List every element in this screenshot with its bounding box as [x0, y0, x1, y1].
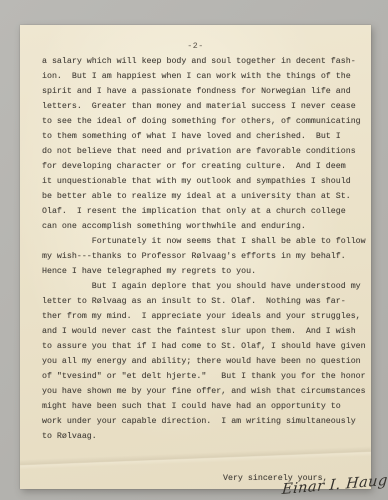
letter-line: ther from my mind. I appreciate your ide… [42, 309, 363, 324]
letter-line: my wish---thanks to Professor Rølvaag's … [42, 249, 363, 264]
scan-background: -2- a salary which will keep body and so… [0, 0, 388, 500]
letter-body: a salary which will keep body and soul t… [42, 54, 363, 444]
letter-line: to see the ideal of doing something for … [42, 114, 363, 129]
letter-line: Fortunately it now seems that I shall be… [42, 234, 363, 249]
page-number: -2- [20, 39, 371, 54]
letter-line: a salary which will keep body and soul t… [42, 54, 363, 69]
letter-line: work under your capable direction. I am … [42, 414, 363, 429]
letter-line: to assure you that if I had come to St. … [42, 339, 363, 354]
letter-line: might have been such that I could have h… [42, 399, 363, 414]
letter-line: can one accomplish something worthwhile … [42, 219, 363, 234]
letter-line: Olaf. I resent the implication that only… [42, 204, 363, 219]
letter-line: to them something of what I have loved a… [42, 129, 363, 144]
letter-line: to Rølvaag. [42, 429, 363, 444]
paper-crease [20, 446, 371, 469]
letter-line: and I would never cast the faintest slur… [42, 324, 363, 339]
letter-line: it unquestionable that with my outlook a… [42, 174, 363, 189]
letter-line: Hence I have telegraphed my regrets to y… [42, 264, 363, 279]
letter-line: do not believe that need and privation a… [42, 144, 363, 159]
letter-line: for developing character or for creating… [42, 159, 363, 174]
letter-line: be better able to realize my ideal at a … [42, 189, 363, 204]
letter-line: ion. But I am happiest when I can work w… [42, 69, 363, 84]
letter-line: But I again deplore that you should have… [42, 279, 363, 294]
letter-page: -2- a salary which will keep body and so… [20, 25, 371, 489]
letter-line: you all my energy and ability; there wou… [42, 354, 363, 369]
letter-line: you have shown me by your fine offer, an… [42, 384, 363, 399]
letter-line: letter to Rølvaag as an insult to St. Ol… [42, 294, 363, 309]
letter-line: spirit and I have a passionate fondness … [42, 84, 363, 99]
letter-line: letters. Greater than money and material… [42, 99, 363, 114]
letter-line: of "tvesind" or "et delt hjerte." But I … [42, 369, 363, 384]
